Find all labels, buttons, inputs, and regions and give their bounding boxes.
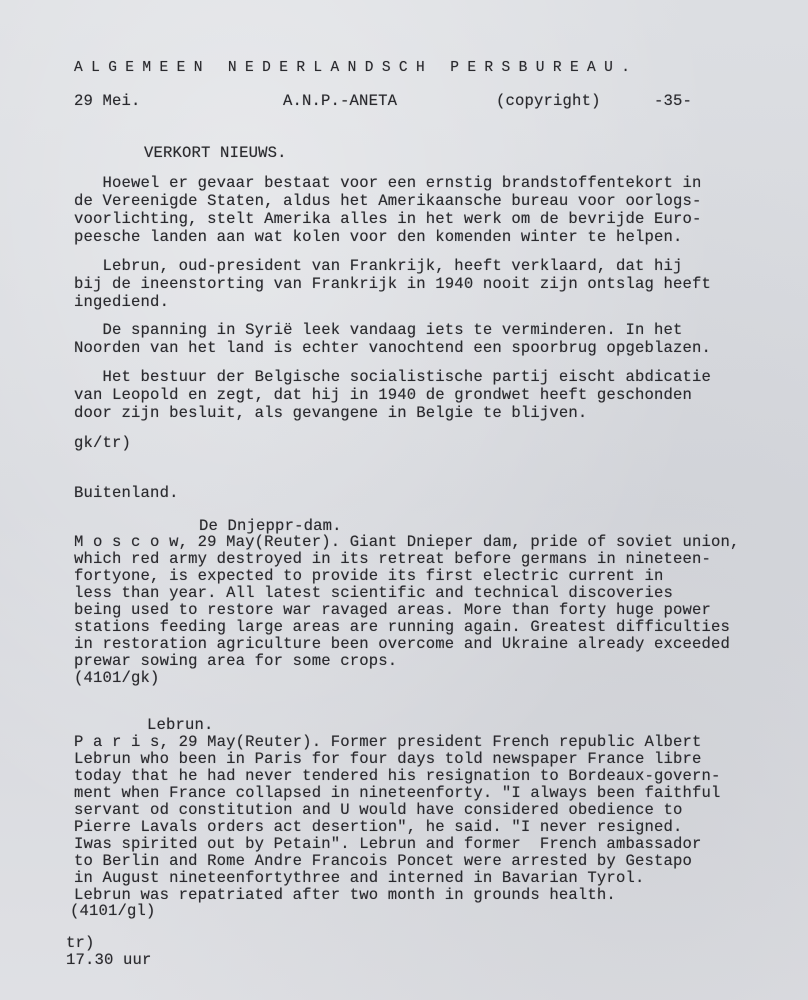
news-4-line-2: van Leopold en zegt, dat hij in 1940 de … bbox=[74, 387, 692, 404]
document-page: ALGEMEEN NEDERLANDSCH PERSBUREAU. 29 Mei… bbox=[0, 0, 808, 1000]
article-lebrun-reference: (4101/gl) bbox=[70, 903, 156, 920]
news-1-line-4: peesche landen aan wat kolen voor den ko… bbox=[74, 229, 683, 246]
header-date: 29 Mei. bbox=[74, 93, 141, 110]
article-dnieper-line-6: stations feeding large areas are running… bbox=[74, 619, 730, 636]
article-dnieper-line-1: M o s c o w, 29 May(Reuter). Giant Dniep… bbox=[74, 534, 740, 551]
news-4-line-1: Het bestuur der Belgische socialistische… bbox=[74, 369, 711, 386]
foreign-section-title: Buitenland. bbox=[74, 485, 179, 502]
news-2-line-2: bij de ineenstorting van Frankrijk in 19… bbox=[74, 276, 711, 293]
news-2-line-1: Lebrun, oud-president van Frankrijk, hee… bbox=[74, 258, 683, 275]
news-1-line-2: de Vereenigde Staten, aldus het Amerikaa… bbox=[74, 193, 702, 210]
closing-initials: tr) bbox=[66, 935, 95, 952]
article-dnieper-line-8: prewar sowing area for some crops. bbox=[74, 653, 397, 670]
article-lebrun-line-9: in August nineteenfortythree and interne… bbox=[74, 870, 644, 887]
news-2-line-3: ingediend. bbox=[74, 294, 169, 311]
news-1-line-3: voorlichting, stelt Amerika alles in het… bbox=[74, 211, 702, 228]
header-agency: A.N.P.-ANETA bbox=[283, 93, 397, 110]
article-lebrun-line-4: ment when France collapsed in nineteenfo… bbox=[74, 785, 721, 802]
article-dnieper-line-7: in restoration agriculture been overcome… bbox=[74, 636, 730, 653]
header-copyright: (copyright) bbox=[496, 93, 601, 110]
news-3-line-2: Noorden van het land is echter vanochten… bbox=[74, 340, 711, 357]
section-title: VERKORT NIEUWS. bbox=[144, 145, 287, 162]
article-lebrun-line-7: Iwas spirited out by Petain". Lebrun and… bbox=[74, 836, 702, 853]
article-lebrun-line-5: servant od constitution and U would have… bbox=[74, 802, 683, 819]
article-lebrun-line-6: Pierre Lavals orders act desertion", he … bbox=[74, 819, 683, 836]
article-dnieper-line-3: fortyone, is expected to provide its fir… bbox=[74, 568, 663, 585]
masthead: ALGEMEEN NEDERLANDSCH PERSBUREAU. bbox=[74, 60, 638, 77]
article-lebrun-line-1: P a r i s, 29 May(Reuter). Former presid… bbox=[74, 734, 702, 751]
article-lebrun-line-3: today that he had never tendered his res… bbox=[74, 768, 721, 785]
article-dnieper-line-2: which red army destroyed in its retreat … bbox=[74, 551, 711, 568]
article-lebrun-headline: Lebrun. bbox=[147, 717, 214, 734]
news-4-line-3: door zijn besluit, als gevangene in Belg… bbox=[74, 405, 587, 422]
article-dnieper-reference: (4101/gk) bbox=[74, 670, 160, 687]
header-page-number: -35- bbox=[654, 93, 692, 110]
short-news-initials: gk/tr) bbox=[74, 435, 131, 452]
article-dnieper-line-4: less than year. All latest scientific an… bbox=[74, 585, 673, 602]
article-lebrun-line-8: to Berlin and Rome Andre Francois Poncet… bbox=[74, 853, 692, 870]
article-lebrun-line-2: Lebrun who been in Paris for four days t… bbox=[74, 751, 702, 768]
news-1-line-1: Hoewel er gevaar bestaat voor een ernsti… bbox=[74, 175, 702, 192]
article-dnieper-line-5: being used to restore war ravaged areas.… bbox=[74, 602, 711, 619]
document-time: 17.30 uur bbox=[66, 952, 152, 969]
news-3-line-1: De spanning in Syrië leek vandaag iets t… bbox=[74, 322, 683, 339]
